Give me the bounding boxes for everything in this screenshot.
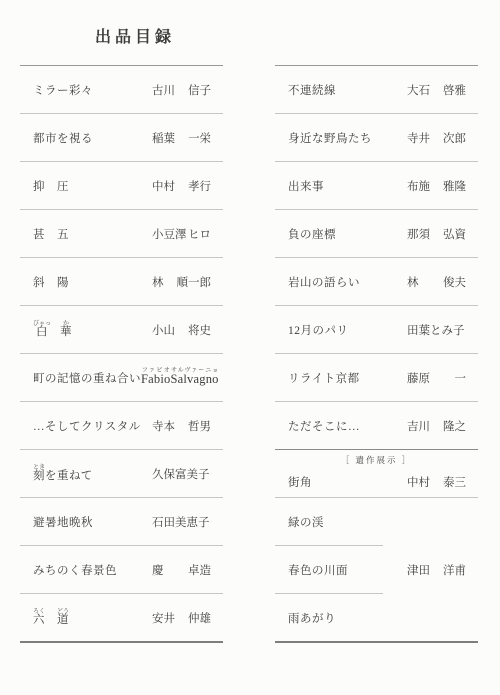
artist-name-part: 中村	[152, 178, 175, 194]
artist-name-part: 俊夫	[443, 274, 466, 290]
artist-name-part: 小山	[152, 322, 175, 338]
catalog-entry-line: 不連続線大石啓雅	[275, 82, 478, 98]
catalog-entry: 町の記憶の重ね合いFabioファビオ Salvagnoサルヴァーニョ	[20, 354, 223, 401]
work-title: 刻ときを重ねて	[33, 465, 93, 483]
artist-name-part: 寺本	[152, 418, 175, 434]
artist-name: 寺本哲男	[152, 418, 211, 434]
catalog-entry-line: 緑の渓	[275, 514, 478, 530]
work-title: 街角	[288, 474, 312, 490]
artist-name-part: 寺井	[407, 130, 430, 146]
catalog-entry-line: 白びゃっ 華か小山将史	[20, 321, 223, 339]
catalog-entry-line: ミラー彩々古川信子	[20, 82, 223, 98]
catalog-entry-line: 斜 陽林順一郎	[20, 274, 223, 290]
catalog-entry: リライト京都藤原一	[275, 354, 478, 401]
catalog-entry: 岩山の語らい林俊夫	[275, 258, 478, 305]
work-title: リライト京都	[288, 370, 360, 386]
artist-name-part: 哲男	[188, 418, 211, 434]
artist-name-part: 雅隆	[443, 178, 466, 194]
catalog-entry: 甚 五小豆澤ヒロ	[20, 210, 223, 257]
catalog-entry-line: みちのく春景色慶卓造	[20, 562, 223, 578]
artist-name-part: 洋甫	[443, 562, 466, 578]
artist-name-part: 大石	[407, 82, 430, 98]
work-title: 出来事	[288, 178, 324, 194]
artist-name-part: 那須	[407, 226, 430, 242]
work-title: 不連続線	[288, 82, 336, 98]
work-title: 12月のパリ	[288, 322, 349, 338]
memorial-section-header: ［ 遺作展示 ］	[275, 452, 478, 467]
artist-name: 林順一郎	[152, 274, 211, 290]
catalog-entry-line: 負の座標那須弘資	[275, 226, 478, 242]
artist-name-part: 弘資	[443, 226, 466, 242]
artist-name-part: 林	[407, 274, 419, 290]
catalog-entry-line: 都市を視る稲葉一栄	[20, 130, 223, 146]
catalog-entry-line: 六ろく 道どう安井仲雄	[20, 609, 223, 627]
artist-name-part: 順一郎	[177, 274, 212, 290]
catalog-entry: 六ろく 道どう安井仲雄	[20, 594, 223, 641]
catalog-entry: 抑 圧中村孝行	[20, 162, 223, 209]
artist-name: 古川信子	[152, 82, 211, 98]
catalog-entry-line: 12月のパリ田葉とみ子	[275, 322, 478, 338]
artist-name: 中村孝行	[152, 178, 211, 194]
right-column: 不連続線大石啓雅身近な野鳥たち寺井次郎出来事布施雅隆負の座標那須弘資岩山の語らい…	[275, 65, 478, 643]
artist-name: 吉川隆之	[407, 418, 466, 434]
artist-name: 那須弘資	[407, 226, 466, 242]
artist-name: 慶卓造	[152, 562, 211, 578]
artist-name-part: 吉川	[407, 418, 430, 434]
catalog-entry-line: 雨あがり	[275, 610, 478, 626]
artist-name: 久保富美子	[152, 466, 211, 482]
artist-name-part: 仲雄	[188, 610, 211, 626]
artist-name: 布施雅隆	[407, 178, 466, 194]
catalog-entry: 負の座標那須弘資	[275, 210, 478, 257]
work-title: 身近な野鳥たち	[288, 130, 372, 146]
catalog-entry-line: 岩山の語らい林俊夫	[275, 274, 478, 290]
artist-name-part: 中村	[407, 474, 430, 490]
work-title: 春色の川面	[288, 562, 348, 578]
work-title: 斜 陽	[33, 274, 69, 290]
catalog-entry: 春色の川面津田洋甫	[275, 546, 478, 593]
catalog-columns: ミラー彩々古川信子都市を視る稲葉一栄抑 圧中村孝行甚 五小豆澤ヒロ斜 陽林順一郎…	[0, 65, 500, 643]
catalog-entry: 12月のパリ田葉とみ子	[275, 306, 478, 353]
catalog-entry: みちのく春景色慶卓造	[20, 546, 223, 593]
artist-name-part: 布施	[407, 178, 430, 194]
work-title: 負の座標	[288, 226, 336, 242]
artist-name-part: 津田	[407, 562, 430, 578]
work-title: 避暑地晩秋	[33, 514, 93, 530]
catalog-page: 出品目録 ミラー彩々古川信子都市を視る稲葉一栄抑 圧中村孝行甚 五小豆澤ヒロ斜 …	[0, 0, 500, 695]
artist-name-part: 小豆澤	[152, 226, 187, 242]
catalog-entry: 刻ときを重ねて久保富美子	[20, 450, 223, 497]
artist-name: 大石啓雅	[407, 82, 466, 98]
work-title: 白びゃっ 華か	[33, 321, 72, 339]
artist-name-part: 古川	[152, 82, 175, 98]
catalog-entry-line: 町の記憶の重ね合いFabioファビオ Salvagnoサルヴァーニョ	[20, 368, 223, 387]
catalog-entry-line: …そしてクリスタル寺本哲男	[20, 418, 223, 434]
catalog-entry: 白びゃっ 華か小山将史	[20, 306, 223, 353]
artist-name-part: 石田美恵子	[152, 514, 210, 530]
artist-name: 林俊夫	[407, 274, 466, 290]
artist-name-part: 藤原	[407, 370, 430, 386]
work-title: ただそこに…	[288, 418, 360, 434]
artist-name-part: 隆之	[443, 418, 466, 434]
artist-name-part: 卓造	[188, 562, 211, 578]
artist-name-part: 信子	[188, 82, 211, 98]
work-title: 岩山の語らい	[288, 274, 360, 290]
catalog-entry-line: 出来事布施雅隆	[275, 178, 478, 194]
catalog-entry-line: 甚 五小豆澤ヒロ	[20, 226, 223, 242]
catalog-entry-line: 春色の川面津田洋甫	[275, 562, 478, 578]
catalog-entry-line: 身近な野鳥たち寺井次郎	[275, 130, 478, 146]
catalog-entry: 都市を視る稲葉一栄	[20, 114, 223, 161]
artist-name-part: 久保富美子	[152, 466, 210, 482]
catalog-entry: ［ 遺作展示 ］街角中村泰三	[275, 450, 478, 497]
work-title: 六ろく 道どう	[33, 609, 69, 627]
catalog-entry-line: 街角中村泰三	[275, 467, 478, 497]
artist-name-part: 林	[152, 274, 164, 290]
artist-name: 小山将史	[152, 322, 211, 338]
divider-line	[20, 641, 223, 643]
work-title: 抑 圧	[33, 178, 69, 194]
artist-name-part: 孝行	[188, 178, 211, 194]
work-title: …そしてクリスタル	[33, 418, 141, 434]
work-title: ミラー彩々	[33, 82, 93, 98]
catalog-entry-line: ただそこに…吉川隆之	[275, 418, 478, 434]
catalog-entry: 身近な野鳥たち寺井次郎	[275, 114, 478, 161]
artist-name: 小豆澤ヒロ	[152, 226, 211, 242]
artist-name-part: 一栄	[188, 130, 211, 146]
artist-name-part: 田葉とみ子	[407, 322, 465, 338]
catalog-entry: 出来事布施雅隆	[275, 162, 478, 209]
artist-name: 藤原一	[407, 370, 466, 386]
document-title: 出品目録	[0, 0, 500, 65]
artist-name-part: 一	[455, 370, 467, 386]
artist-name-part: 次郎	[443, 130, 466, 146]
catalog-entry-line: 抑 圧中村孝行	[20, 178, 223, 194]
left-column: ミラー彩々古川信子都市を視る稲葉一栄抑 圧中村孝行甚 五小豆澤ヒロ斜 陽林順一郎…	[20, 65, 223, 643]
artist-name-part: ヒロ	[188, 226, 211, 242]
catalog-entry-line: 刻ときを重ねて久保富美子	[20, 465, 223, 483]
artist-name-part: 泰三	[443, 474, 466, 490]
artist-name-part: 安井	[152, 610, 175, 626]
artist-name: 田葉とみ子	[407, 322, 466, 338]
artist-name: 安井仲雄	[152, 610, 211, 626]
artist-name-part: 稲葉	[152, 130, 175, 146]
artist-name-part: 啓雅	[443, 82, 466, 98]
work-title: 雨あがり	[288, 610, 336, 626]
catalog-entry: …そしてクリスタル寺本哲男	[20, 402, 223, 449]
artist-name: 寺井次郎	[407, 130, 466, 146]
divider-line	[275, 641, 478, 643]
artist-name: 稲葉一栄	[152, 130, 211, 146]
work-title: 町の記憶の重ね合い	[33, 370, 141, 386]
catalog-entry: 避暑地晩秋石田美恵子	[20, 498, 223, 545]
work-title: 都市を視る	[33, 130, 93, 146]
catalog-entry-line: 避暑地晩秋石田美恵子	[20, 514, 223, 530]
artist-name: Fabioファビオ Salvagnoサルヴァーニョ	[141, 368, 219, 387]
catalog-entry: 斜 陽林順一郎	[20, 258, 223, 305]
catalog-entry: ただそこに…吉川隆之	[275, 402, 478, 449]
artist-name-part: 将史	[188, 322, 211, 338]
catalog-entry-line: リライト京都藤原一	[275, 370, 478, 386]
artist-name: 石田美恵子	[152, 514, 211, 530]
artist-name: 中村泰三	[407, 474, 466, 490]
work-title: みちのく春景色	[33, 562, 117, 578]
catalog-entry: 雨あがり	[275, 594, 478, 641]
work-title: 緑の渓	[288, 514, 324, 530]
catalog-entry: 不連続線大石啓雅	[275, 66, 478, 113]
artist-name: 津田洋甫	[407, 562, 466, 578]
work-title: 甚 五	[33, 226, 69, 242]
artist-name-part: 慶	[152, 562, 164, 578]
catalog-entry: 緑の渓	[275, 498, 478, 545]
catalog-entry: ミラー彩々古川信子	[20, 66, 223, 113]
